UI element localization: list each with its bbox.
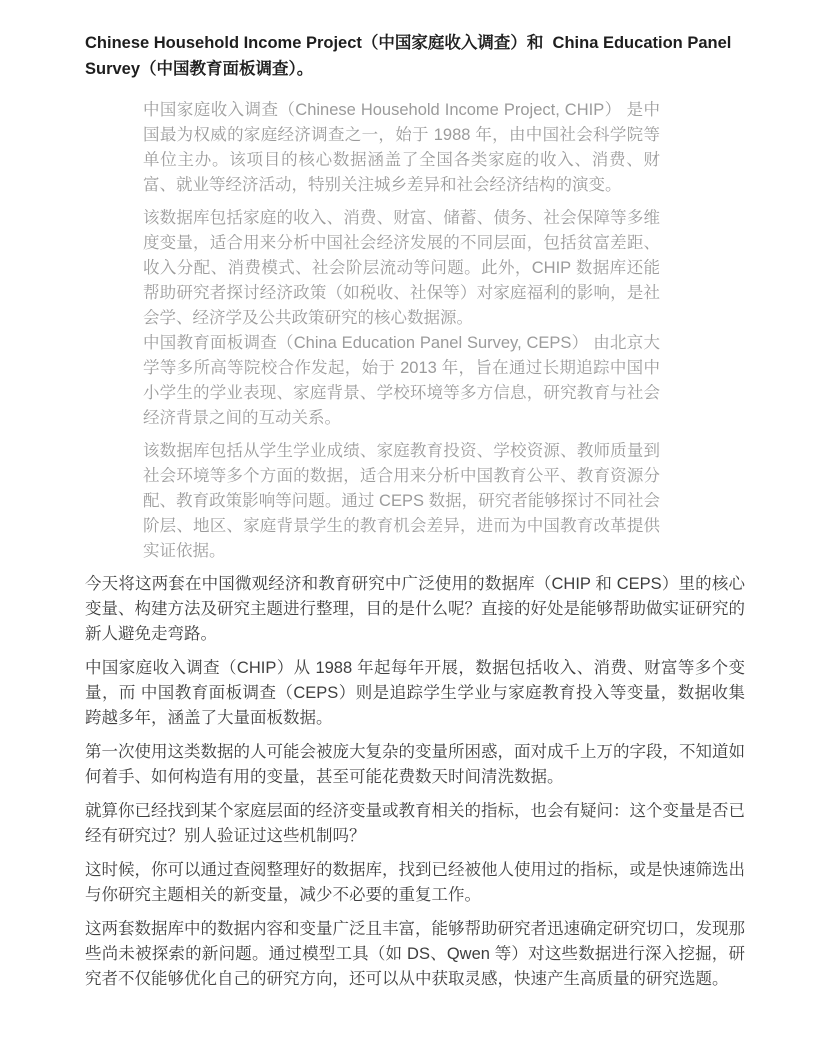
quote-paragraph: 该数据库包括从学生学业成绩、家庭教育投资、学校资源、教师质量到社会环境等多个方面… (143, 439, 660, 564)
body-paragraph: 中国家庭收入调查（CHIP）从 1988 年起每年开展，数据包括收入、消费、财富… (85, 656, 745, 731)
body-paragraph: 就算你已经找到某个家庭层面的经济变量或教育相关的指标，也会有疑问：这个变量是否已… (85, 799, 745, 849)
body-paragraph: 这时候，你可以通过查阅整理好的数据库，找到已经被他人使用过的指标，或是快速筛选出… (85, 858, 745, 908)
quote-paragraph: 该数据库包括家庭的收入、消费、财富、储蓄、债务、社会保障等多维度变量，适合用来分… (143, 206, 660, 331)
quote-paragraph: 中国家庭收入调查（Chinese Household Income Projec… (143, 98, 660, 198)
body-block: 今天将这两套在中国微观经济和教育研究中广泛使用的数据库（CHIP 和 CEPS）… (85, 572, 745, 992)
body-paragraph: 第一次使用这类数据的人可能会被庞大复杂的变量所困惑，面对成千上万的字段，不知道如… (85, 740, 745, 790)
document-heading: Chinese Household Income Project（中国家庭收入调… (85, 30, 745, 82)
body-paragraph: 今天将这两套在中国微观经济和教育研究中广泛使用的数据库（CHIP 和 CEPS）… (85, 572, 745, 647)
quote-block: 中国家庭收入调查（Chinese Household Income Projec… (143, 98, 660, 564)
body-paragraph: 这两套数据库中的数据内容和变量广泛且丰富，能够帮助研究者迅速确定研究切口，发现那… (85, 917, 745, 992)
document-page: Chinese Household Income Project（中国家庭收入调… (0, 0, 829, 1041)
quote-paragraph: 中国教育面板调查（China Education Panel Survey, C… (143, 331, 660, 431)
